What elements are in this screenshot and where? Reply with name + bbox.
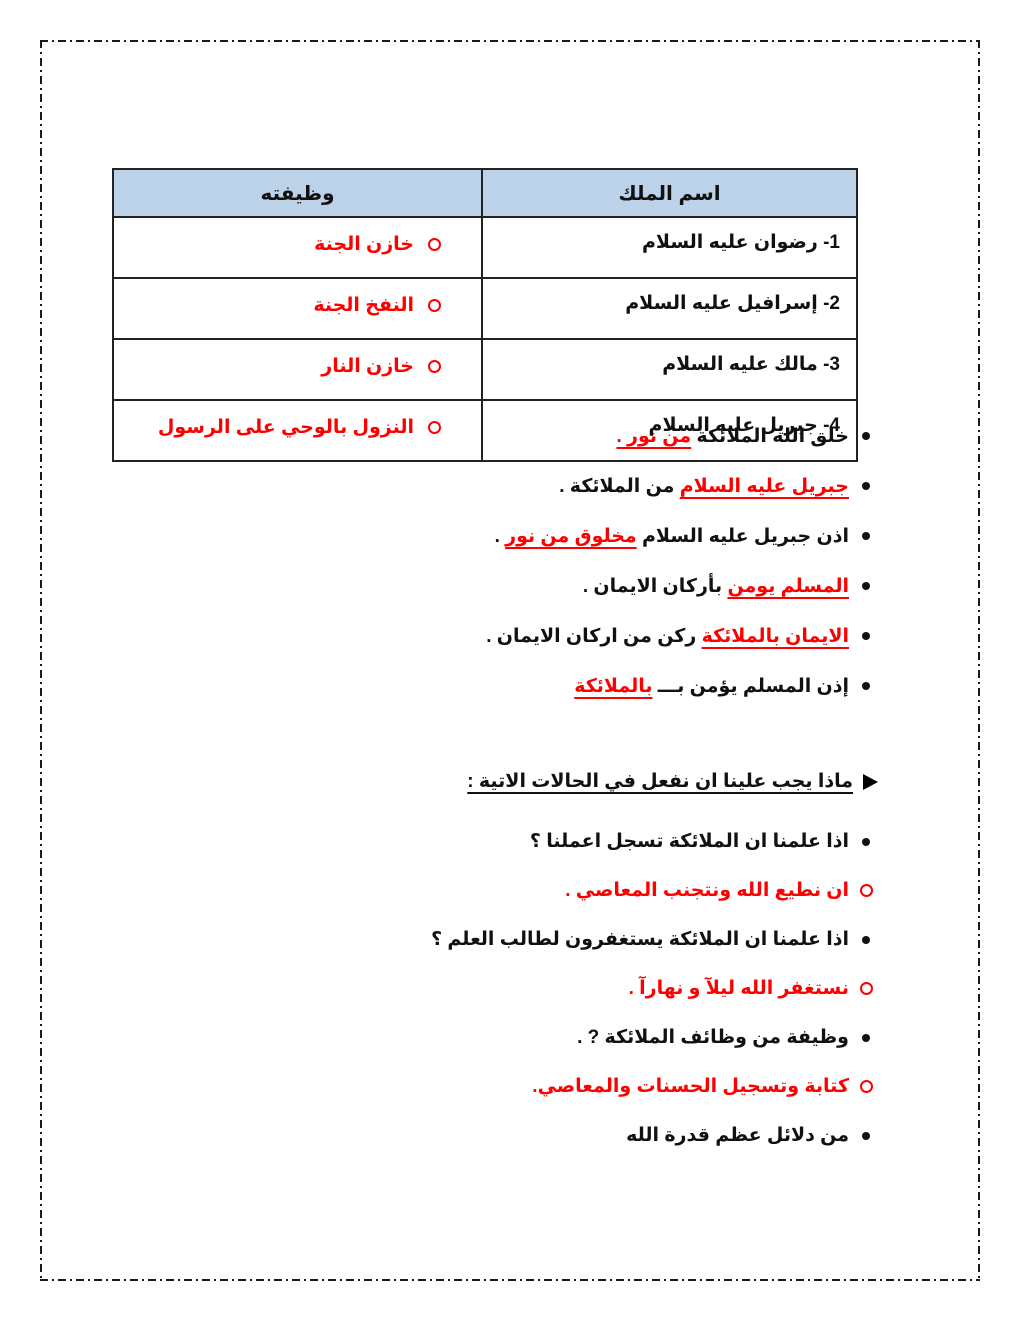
fact-segment: خلق الله الملائكة <box>691 426 849 447</box>
bullet-dot-icon <box>862 1034 870 1042</box>
fact-segment-highlight: الايمان بالملائكة <box>702 626 849 647</box>
angel-function-text: خازن الجنة <box>314 233 414 256</box>
fact-text: إذن المسلم يؤمن بـــ بالملائكة <box>574 675 849 698</box>
bullet-dot-icon <box>862 482 870 490</box>
bullet-dot-icon <box>862 682 870 690</box>
arrowhead-bullet-icon <box>863 774 878 790</box>
circle-o-bullet-icon <box>860 982 873 995</box>
document-page: اسم الملك وظيفته 1- رضوان عليه السلام خا… <box>40 40 980 1281</box>
angel-function-cell: خازن النار <box>113 339 482 400</box>
angel-function-cell: النزول بالوحي على الرسول <box>113 400 482 461</box>
qa-marker <box>858 1080 874 1093</box>
section-heading: ماذا يجب علينا ان نفعل في الحالات الاتية… <box>467 770 878 793</box>
angel-function-text: النفخ الجنة <box>313 294 414 317</box>
angel-function-cell: خازن الجنة <box>113 217 482 278</box>
column-header-angel-name: اسم الملك <box>482 169 857 217</box>
qa-list: اذا علمنا ان الملائكة تسجل اعملنا ؟ ان ن… <box>431 817 874 1160</box>
page-border-bottom <box>40 1279 980 1281</box>
qa-marker <box>858 884 874 897</box>
fact-segment-highlight: جبريل عليه السلام <box>680 476 849 497</box>
page-border-left <box>40 40 42 1281</box>
table-row: 2- إسرافيل عليه السلام النفخ الجنة <box>113 278 857 339</box>
fact-segment: . <box>495 526 506 547</box>
angel-function-cell: النفخ الجنة <box>113 278 482 339</box>
bullet-dot-icon <box>862 936 870 944</box>
list-item-fact: الايمان بالملائكة ركن من اركان الايمان . <box>486 611 874 661</box>
list-item-qa: اذا علمنا ان الملائكة تسجل اعملنا ؟ <box>431 817 874 866</box>
fact-text: خلق الله الملائكة من نور . <box>616 425 849 448</box>
page-border-right <box>978 40 980 1281</box>
fact-text: جبريل عليه السلام من الملائكة . <box>559 475 849 498</box>
list-item-qa: اذا علمنا ان الملائكة يستغفرون لطالب الع… <box>431 915 874 964</box>
circle-o-bullet-icon <box>428 360 441 373</box>
fact-segment-highlight: من نور . <box>616 426 691 447</box>
angel-name-cell: 3- مالك عليه السلام <box>482 339 857 400</box>
table-row: 1- رضوان عليه السلام خازن الجنة <box>113 217 857 278</box>
table-row: 3- مالك عليه السلام خازن النار <box>113 339 857 400</box>
fact-segment: من الملائكة . <box>559 476 680 497</box>
page-border-top <box>40 40 980 42</box>
list-item-qa: من دلائل عظم قدرة الله <box>431 1111 874 1160</box>
list-item-fact: اذن جبريل عليه السلام مخلوق من نور . <box>486 511 874 561</box>
qa-text: اذا علمنا ان الملائكة تسجل اعملنا ؟ <box>530 830 849 853</box>
circle-o-bullet-icon <box>860 884 873 897</box>
list-item-fact: جبريل عليه السلام من الملائكة . <box>486 461 874 511</box>
qa-marker <box>858 1034 874 1042</box>
bullet-dot-icon <box>862 532 870 540</box>
list-item-qa: ان نطيع الله ونتجنب المعاصي . <box>431 866 874 915</box>
fact-segment: إذن المسلم يؤمن بـــ <box>653 676 850 697</box>
qa-text: نستغفر الله ليلآ و نهارآ . <box>629 977 849 1000</box>
list-item-fact: المسلم يومن بأركان الايمان . <box>486 561 874 611</box>
bullet-dot-icon <box>862 432 870 440</box>
table-header-row: اسم الملك وظيفته <box>113 169 857 217</box>
fact-segment-highlight: مخلوق من نور <box>505 526 637 547</box>
bullet-dot-icon <box>862 632 870 640</box>
circle-o-bullet-icon <box>428 238 441 251</box>
qa-text: كتابة وتسجيل الحسنات والمعاصي. <box>532 1075 849 1098</box>
bullet-dot-icon <box>862 1132 870 1140</box>
qa-text: من دلائل عظم قدرة الله <box>626 1124 849 1147</box>
qa-text: ان نطيع الله ونتجنب المعاصي . <box>565 879 849 902</box>
fact-segment: ركن من اركان الايمان . <box>486 626 701 647</box>
fact-text: الايمان بالملائكة ركن من اركان الايمان . <box>486 625 849 648</box>
angel-name-cell: 1- رضوان عليه السلام <box>482 217 857 278</box>
fact-text: اذن جبريل عليه السلام مخلوق من نور . <box>495 525 849 548</box>
qa-text: اذا علمنا ان الملائكة يستغفرون لطالب الع… <box>431 928 849 951</box>
circle-o-bullet-icon <box>860 1080 873 1093</box>
list-item-qa: كتابة وتسجيل الحسنات والمعاصي. <box>431 1062 874 1111</box>
list-item-qa: وظيفة من وظائف الملائكة ? . <box>431 1013 874 1062</box>
fact-segment-highlight: المسلم يومن <box>727 576 849 597</box>
qa-marker <box>858 936 874 944</box>
qa-marker <box>858 838 874 846</box>
list-item-fact: إذن المسلم يؤمن بـــ بالملائكة <box>486 661 874 711</box>
section-heading-text: ماذا يجب علينا ان نفعل في الحالات الاتية… <box>467 770 853 793</box>
list-item-qa: نستغفر الله ليلآ و نهارآ . <box>431 964 874 1013</box>
angel-function-text: خازن النار <box>321 355 414 378</box>
circle-o-bullet-icon <box>428 299 441 312</box>
qa-text: وظيفة من وظائف الملائكة ? . <box>577 1026 849 1049</box>
list-item-fact: خلق الله الملائكة من نور . <box>486 411 874 461</box>
qa-marker <box>858 1132 874 1140</box>
facts-list: خلق الله الملائكة من نور . جبريل عليه ال… <box>486 411 874 711</box>
angel-name-cell: 2- إسرافيل عليه السلام <box>482 278 857 339</box>
column-header-angel-function: وظيفته <box>113 169 482 217</box>
bullet-dot-icon <box>862 838 870 846</box>
fact-segment-highlight: بالملائكة <box>574 676 652 697</box>
qa-marker <box>858 982 874 995</box>
fact-segment: بأركان الايمان . <box>583 576 728 597</box>
bullet-dot-icon <box>862 582 870 590</box>
fact-segment: اذن جبريل عليه السلام <box>637 526 849 547</box>
angel-function-text: النزول بالوحي على الرسول <box>158 416 414 439</box>
fact-text: المسلم يومن بأركان الايمان . <box>583 575 849 598</box>
circle-o-bullet-icon <box>428 421 441 434</box>
